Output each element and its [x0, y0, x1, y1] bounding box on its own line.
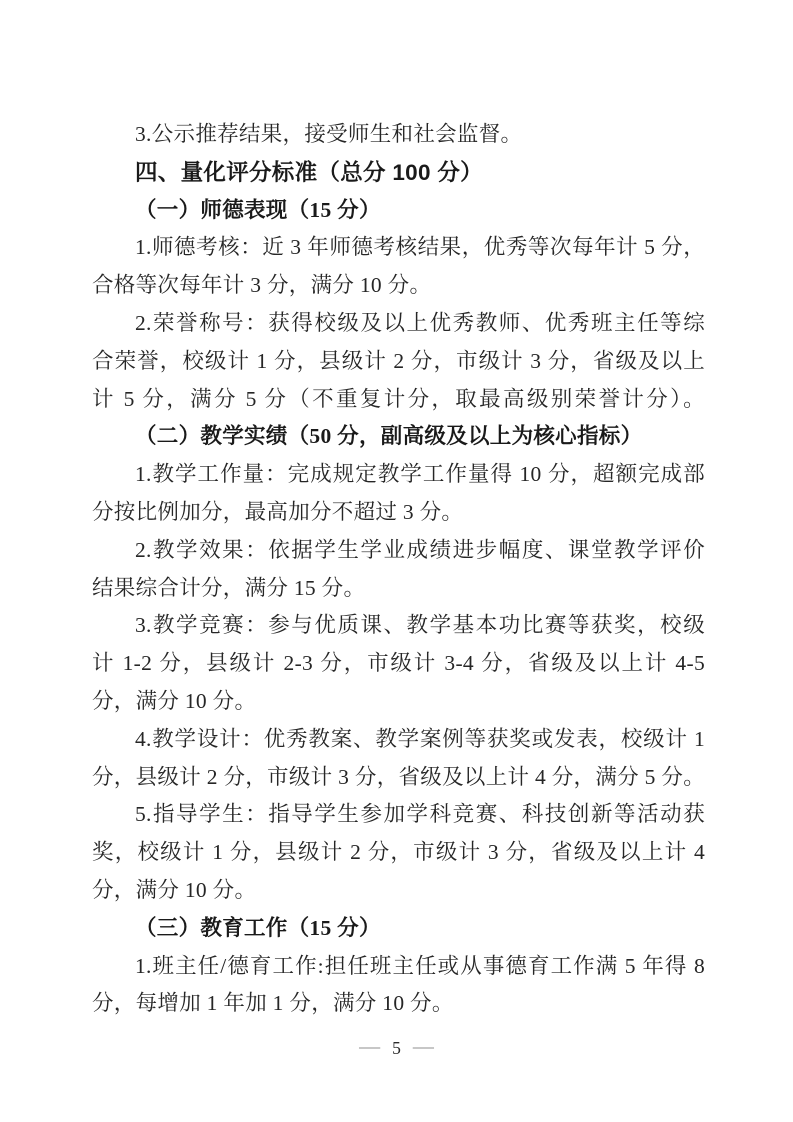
- paragraph-line: 2.荣誉称号：获得校级及以上优秀教师、优秀班主任等综: [92, 305, 705, 343]
- paragraph-line: 5.指导学生：指导学生参加学科竞赛、科技创新等活动获: [92, 796, 705, 834]
- footer-dash-right: —: [413, 1034, 434, 1058]
- heading-subsection-1: （一）师德表现（15 分）: [92, 192, 705, 230]
- paragraph-line: 1.班主任/德育工作:担任班主任或从事德育工作满 5 年得 8: [92, 948, 705, 986]
- paragraph-line: 4.教学设计：优秀教案、教学案例等获奖或发表，校级计 1: [92, 721, 705, 759]
- paragraph-line: 3.公示推荐结果，接受师生和社会监督。: [92, 116, 705, 154]
- paragraph-line: 计 5 分，满分 5 分（不重复计分，取最高级别荣誉计分）。: [92, 381, 705, 419]
- paragraph-line: 1.师德考核：近 3 年师德考核结果，优秀等次每年计 5 分，: [92, 229, 705, 267]
- document-page: 3.公示推荐结果，接受师生和社会监督。 四、量化评分标准（总分 100 分） （…: [0, 0, 793, 1122]
- footer-dash-left: —: [359, 1034, 380, 1058]
- document-body: 3.公示推荐结果，接受师生和社会监督。 四、量化评分标准（总分 100 分） （…: [92, 116, 705, 1023]
- paragraph-line: 分，县级计 2 分，市级计 3 分，省级及以上计 4 分，满分 5 分。: [92, 759, 705, 797]
- paragraph-line: 计 1-2 分，县级计 2-3 分，市级计 3-4 分，省级及以上计 4-5: [92, 645, 705, 683]
- paragraph-line: 2.教学效果：依据学生学业成绩进步幅度、课堂教学评价: [92, 532, 705, 570]
- page-number: 5: [392, 1033, 401, 1063]
- paragraph-line: 分，满分 10 分。: [92, 683, 705, 721]
- paragraph-line: 合格等次每年计 3 分，满分 10 分。: [92, 267, 705, 305]
- paragraph-line: 分按比例加分，最高加分不超过 3 分。: [92, 494, 705, 532]
- paragraph-line: 结果综合计分，满分 15 分。: [92, 570, 705, 608]
- paragraph-line: 奖，校级计 1 分，县级计 2 分，市级计 3 分，省级及以上计 4: [92, 834, 705, 872]
- paragraph-line: 分，满分 10 分。: [92, 872, 705, 910]
- page-footer: —5—: [0, 1031, 793, 1061]
- paragraph-line: 分，每增加 1 年加 1 分，满分 10 分。: [92, 985, 705, 1023]
- heading-section-4: 四、量化评分标准（总分 100 分）: [92, 154, 705, 192]
- paragraph-line: 合荣誉，校级计 1 分，县级计 2 分，市级计 3 分，省级及以上: [92, 343, 705, 381]
- heading-subsection-3: （三）教育工作（15 分）: [92, 910, 705, 948]
- paragraph-line: 1.教学工作量：完成规定教学工作量得 10 分，超额完成部: [92, 456, 705, 494]
- heading-subsection-2: （二）教学实绩（50 分，副高级及以上为核心指标）: [92, 418, 705, 456]
- paragraph-line: 3.教学竞赛：参与优质课、教学基本功比赛等获奖，校级: [92, 607, 705, 645]
